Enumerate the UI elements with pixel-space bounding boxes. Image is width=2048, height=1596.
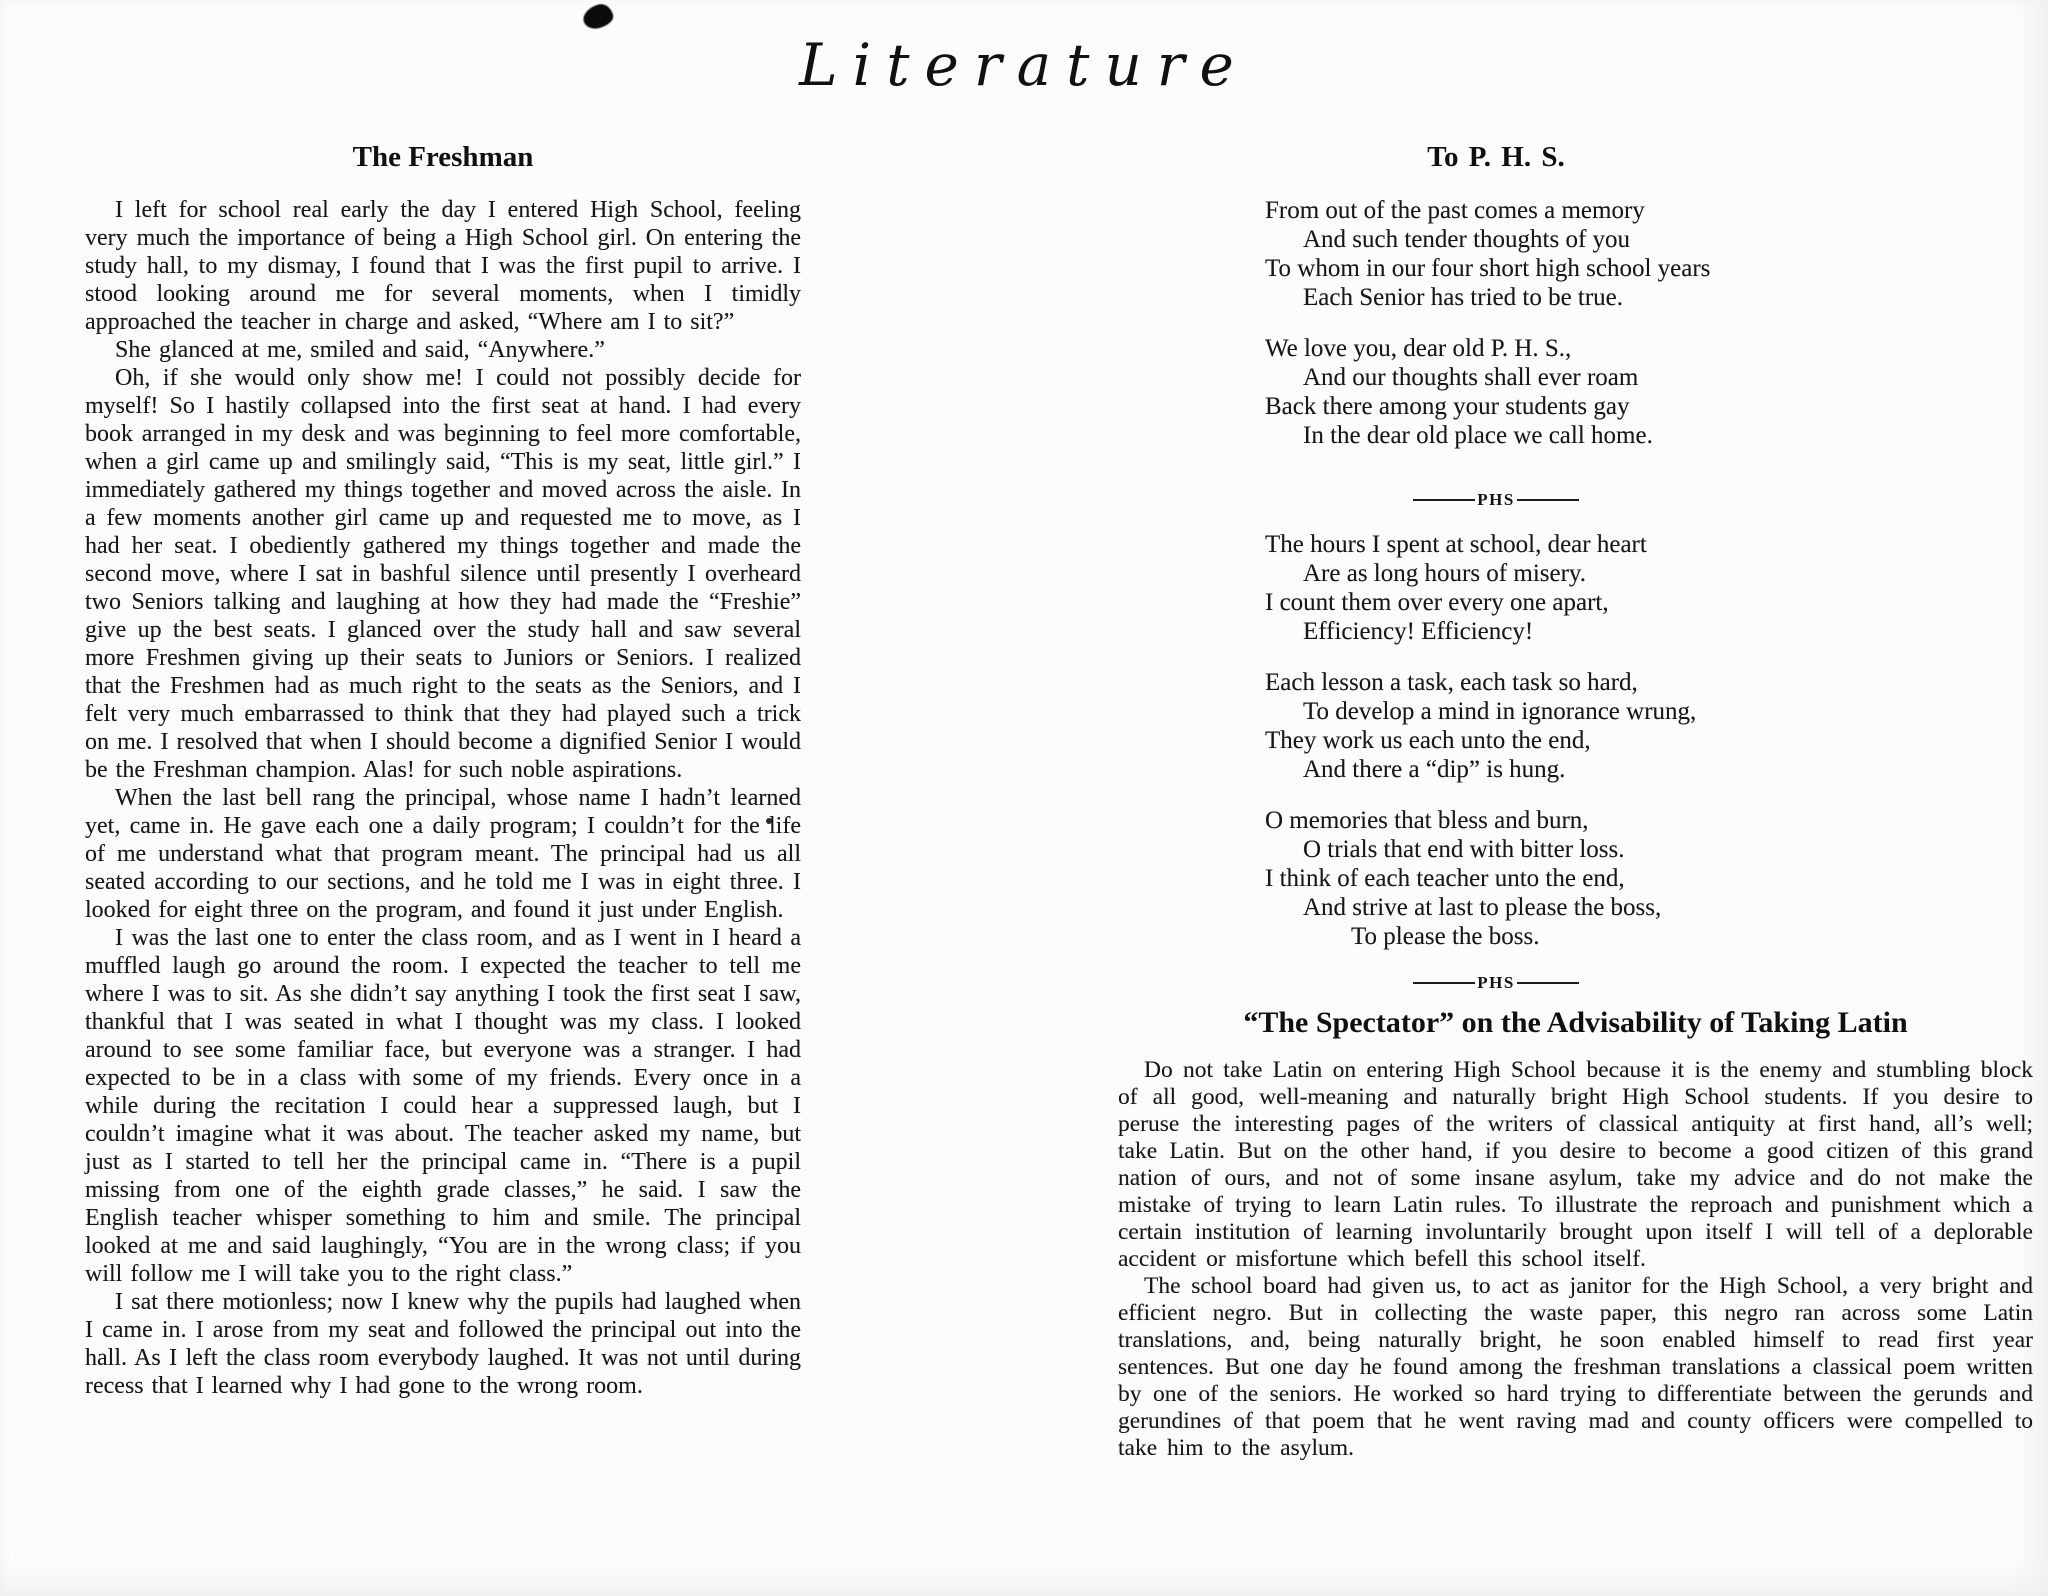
divider-rule — [1517, 982, 1579, 984]
page-title: Literature — [0, 34, 2048, 98]
poem-stanza-4: Each lesson a task, each task so hard, T… — [1265, 668, 1727, 784]
poem-line: From out of the past comes a memory — [1265, 196, 1727, 225]
poem-line: In the dear old place we call home. — [1265, 421, 1727, 450]
freshman-paragraph-3: Oh, if she would only show me! I could n… — [85, 364, 801, 784]
poem-line: I count them over every one apart, — [1265, 588, 1727, 617]
poem-line: O memories that bless and burn, — [1265, 806, 1727, 835]
poem-line: To please the boss. — [1265, 922, 1727, 951]
phs-divider-label: PHS — [1475, 490, 1517, 510]
poem-line: Are as long hours of misery. — [1265, 559, 1727, 588]
phs-divider-label: PHS — [1475, 973, 1517, 993]
freshman-paragraph-6: I sat there motionless; now I knew why t… — [85, 1288, 801, 1400]
poem-line: Back there among your students gay — [1265, 392, 1727, 421]
poem-line: And there a “dip” is hung. — [1265, 755, 1727, 784]
spectator-paragraph-1: Do not take Latin on entering High Schoo… — [1118, 1057, 2033, 1273]
poem-line: Efficiency! Efficiency! — [1265, 617, 1727, 646]
phs-divider: PHS — [1265, 973, 1727, 993]
poem-line: O trials that end with bitter loss. — [1265, 835, 1727, 864]
spectator-article: “The Spectator” on the Advisability of T… — [1118, 1005, 2033, 1462]
freshman-paragraph-5: I was the last one to enter the class ro… — [85, 924, 801, 1288]
poem-stanza-2: We love you, dear old P. H. S., And our … — [1265, 334, 1727, 450]
poem-line: We love you, dear old P. H. S., — [1265, 334, 1727, 363]
spectator-heading: “The Spectator” on the Advisability of T… — [1118, 1005, 2033, 1041]
poem-line: Each Senior has tried to be true. — [1265, 283, 1727, 312]
ink-blot-artifact — [581, 2, 616, 32]
poem-line: And our thoughts shall ever roam — [1265, 363, 1727, 392]
divider-rule — [1413, 499, 1475, 501]
right-column: To P. H. S. From out of the past comes a… — [1118, 140, 2033, 1462]
phs-divider: PHS — [1265, 490, 1727, 510]
freshman-paragraph-1: I left for school real early the day I e… — [85, 196, 801, 336]
freshman-paragraph-4: When the last bell rang the principal, w… — [85, 784, 801, 924]
poem-line: I think of each teacher unto the end, — [1265, 864, 1727, 893]
divider-rule — [1413, 982, 1475, 984]
freshman-paragraph-2: She glanced at me, smiled and said, “Any… — [85, 336, 801, 364]
poem-line: To whom in our four short high school ye… — [1265, 254, 1727, 283]
poem-line: And strive at last to please the boss, — [1265, 893, 1727, 922]
freshman-heading: The Freshman — [85, 140, 801, 174]
freshman-article: The Freshman I left for school real earl… — [85, 140, 801, 1400]
poem-line: Each lesson a task, each task so hard, — [1265, 668, 1727, 697]
poem-line: They work us each unto the end, — [1265, 726, 1727, 755]
poem-heading: To P. H. S. — [1265, 140, 1727, 174]
poem-line: To develop a mind in ignorance wrung, — [1265, 697, 1727, 726]
divider-rule — [1517, 499, 1579, 501]
poem-stanza-3: The hours I spent at school, dear heart … — [1265, 530, 1727, 646]
poem-stanza-1: From out of the past comes a memory And … — [1265, 196, 1727, 312]
spectator-paragraph-2: The school board had given us, to act as… — [1118, 1273, 2033, 1462]
phs-poem: To P. H. S. From out of the past comes a… — [1265, 140, 1727, 993]
poem-stanza-5: O memories that bless and burn, O trials… — [1265, 806, 1727, 951]
literature-page: Literature The Freshman I left for schoo… — [0, 0, 2048, 1596]
poem-line: The hours I spent at school, dear heart — [1265, 530, 1727, 559]
poem-line: And such tender thoughts of you — [1265, 225, 1727, 254]
